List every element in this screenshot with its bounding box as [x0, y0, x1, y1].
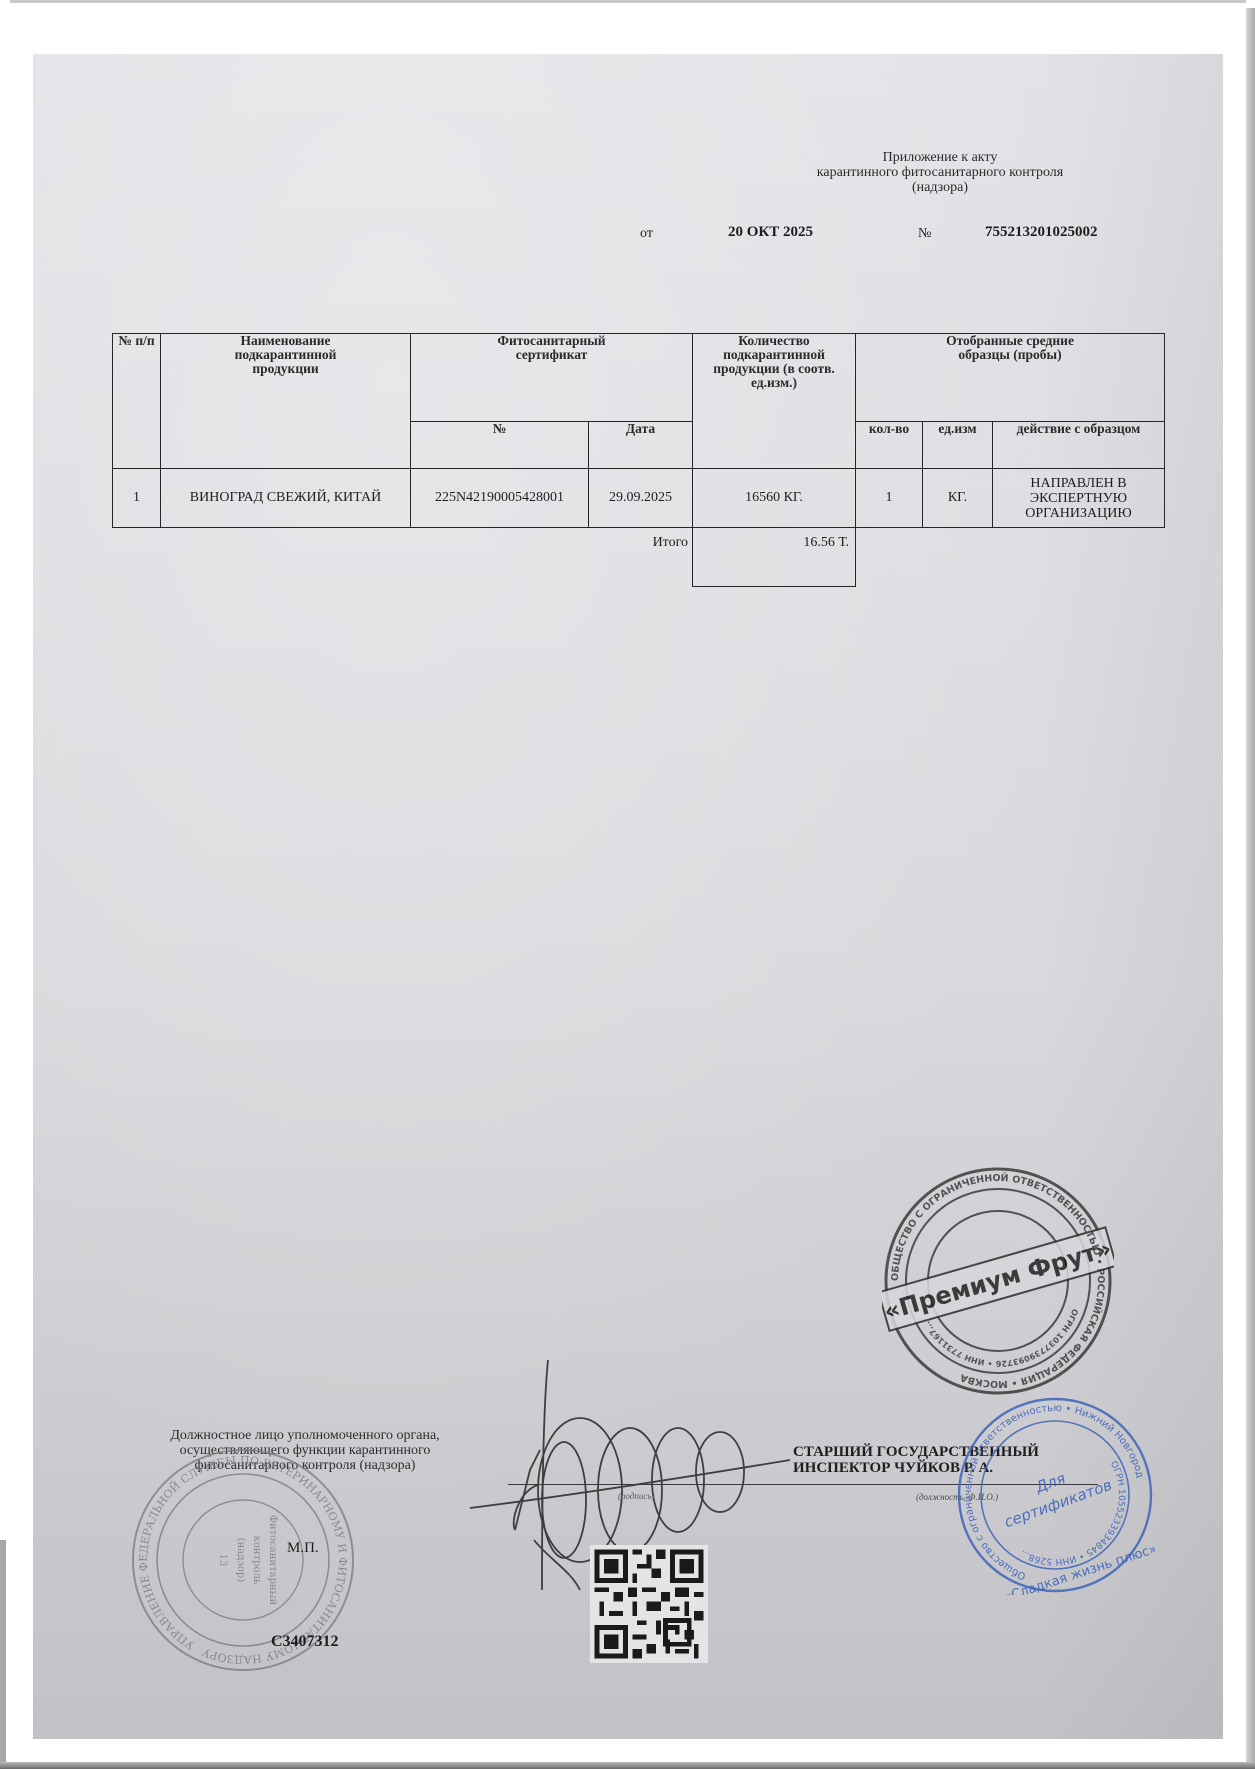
col-cert-date-header: Дата — [589, 422, 693, 469]
from-label: от — [640, 226, 653, 242]
row-index: 1 — [113, 469, 161, 528]
annex-line: (надзора) — [720, 180, 1160, 195]
row-sample-unit: КГ. — [923, 469, 993, 528]
signature-caption: (подпись) — [618, 1491, 655, 1501]
annex-line: Приложение к акту — [720, 150, 1160, 165]
validity-note — [210, 1660, 212, 1680]
col-samples-header: Отобранные средние образцы (пробы) — [856, 334, 1165, 422]
total-value: 16.56 Т. — [693, 528, 856, 587]
qr-code-icon — [590, 1545, 708, 1663]
table-row: 1 ВИНОГРАД СВЕЖИЙ, КИТАЙ 225N42190005428… — [113, 469, 1165, 528]
col-certificate-header: Фитосанитарный сертификат — [411, 334, 693, 422]
row-cert-date: 29.09.2025 — [589, 469, 693, 528]
col-sample-unit-header: ед.изм — [923, 422, 993, 469]
table-header-row: № п/п Наименование подкарантинной продук… — [113, 334, 1165, 422]
number-label: № — [918, 226, 931, 242]
col-cert-number-header: № — [411, 422, 589, 469]
row-cert-number: 225N42190005428001 — [411, 469, 589, 528]
products-table: № п/п Наименование подкарантинной продук… — [112, 333, 1165, 587]
col-sample-action-header: действие с образцом — [993, 422, 1165, 469]
row-sample-qty: 1 — [856, 469, 923, 528]
scan-bottom-edge — [0, 1762, 1255, 1769]
certificates-stamp-icon: Общество с ограниченной ответственностью… — [955, 1395, 1155, 1595]
svg-text:контроль: контроль — [251, 1536, 262, 1585]
row-sample-action: НАПРАВЛЕН В ЭКСПЕРТНУЮ ОРГАНИЗАЦИЮ — [993, 469, 1165, 528]
scan-right-edge — [1246, 8, 1255, 1763]
company-stamp-icon: «Премиум Фрут» ОБЩЕСТВО С ОГРАНИЧЕННОЙ О… — [882, 1165, 1114, 1397]
form-serial: С3407312 — [271, 1633, 339, 1651]
svg-text:Фитосанитарный: Фитосанитарный — [267, 1515, 278, 1606]
annex-title: Приложение к акту карантинного фитосанит… — [720, 150, 1160, 195]
scan-top-edge — [10, 0, 1246, 3]
seal-label: М.П. — [287, 1540, 319, 1557]
col-quantity-header: Количество подкарантинной продукции (в с… — [693, 334, 856, 469]
annex-line: карантинного фитосанитарного контроля — [720, 165, 1160, 180]
col-sample-qty-header: кол-во — [856, 422, 923, 469]
row-product: ВИНОГРАД СВЕЖИЙ, КИТАЙ — [161, 469, 411, 528]
total-label: Итого — [589, 528, 693, 587]
col-product-header: Наименование подкарантинной продукции — [161, 334, 411, 469]
row-quantity: 16560 КГ. — [693, 469, 856, 528]
act-date: 20 ОКТ 2025 — [728, 224, 813, 241]
col-index-header: № п/п — [113, 334, 161, 469]
svg-text:(надзор): (надзор) — [235, 1538, 246, 1583]
total-row: Итого 16.56 Т. — [113, 528, 1165, 587]
svg-text:13: 13 — [217, 1554, 228, 1567]
official-line: Должностное лицо уполномоченного органа, — [130, 1428, 480, 1443]
act-number: 755213201025002 — [985, 224, 1098, 241]
scan-left-edge — [0, 1540, 6, 1762]
